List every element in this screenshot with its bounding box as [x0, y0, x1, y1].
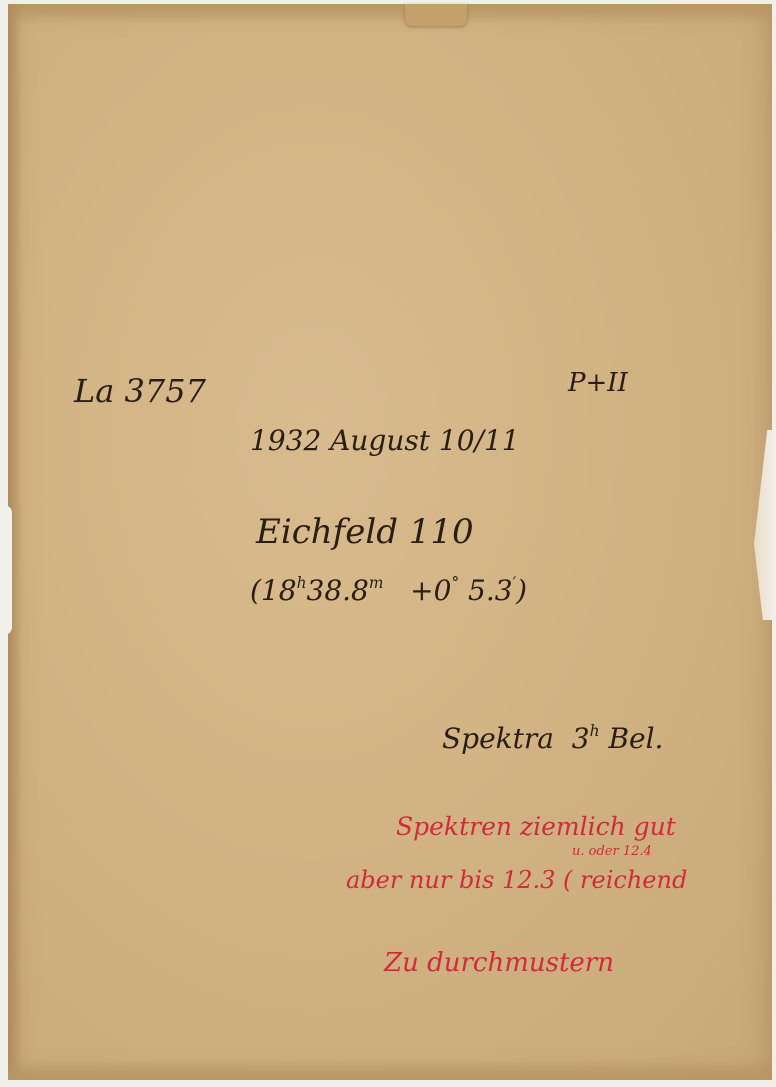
dec-minutes: 5.3 [468, 574, 513, 607]
envelope-bottom-edge [8, 1060, 772, 1080]
exposure-label: Spektra [442, 722, 554, 755]
envelope-tab [405, 4, 467, 26]
ra-minutes-unit: m [369, 574, 384, 592]
red-note-line2-main: aber nur bis 12.3 [346, 866, 555, 894]
observation-date: 1932 August 10/11 [250, 424, 520, 457]
plate-mark: P+II [568, 368, 628, 398]
red-note-insert: u. oder 12.4 [572, 844, 652, 859]
exposure: Spektra 3h Bel. [442, 722, 663, 755]
ra-hours: 18 [261, 574, 297, 607]
coords-close: ) [516, 574, 527, 607]
coordinates: (18h38.8m +0° 5.3′) [250, 574, 527, 607]
exposure-unit: h [590, 722, 600, 740]
ra-hours-unit: h [297, 574, 307, 592]
dec-minutes-unit: ′ [513, 574, 517, 592]
red-note-line1: Spektren ziemlich gut [396, 812, 676, 841]
red-note-line2-end: reichend [580, 866, 687, 894]
dec-degrees-unit: ° [451, 574, 459, 592]
field-name: Eichfeld 110 [256, 512, 474, 552]
dec-degrees: +0 [410, 574, 451, 607]
envelope-top-edge [8, 4, 772, 24]
red-note-line3: Zu durchmustern [384, 948, 614, 978]
catalog-id: La 3757 [74, 372, 206, 410]
ra-minutes: 38.8 [307, 574, 369, 607]
tear-left [0, 505, 12, 635]
exposure-value: 3 [572, 722, 590, 755]
red-note-line2: aber nur bis 12.3 ( reichend [346, 866, 687, 894]
coords-open: ( [250, 574, 261, 607]
exposure-suffix: Bel. [608, 722, 663, 755]
